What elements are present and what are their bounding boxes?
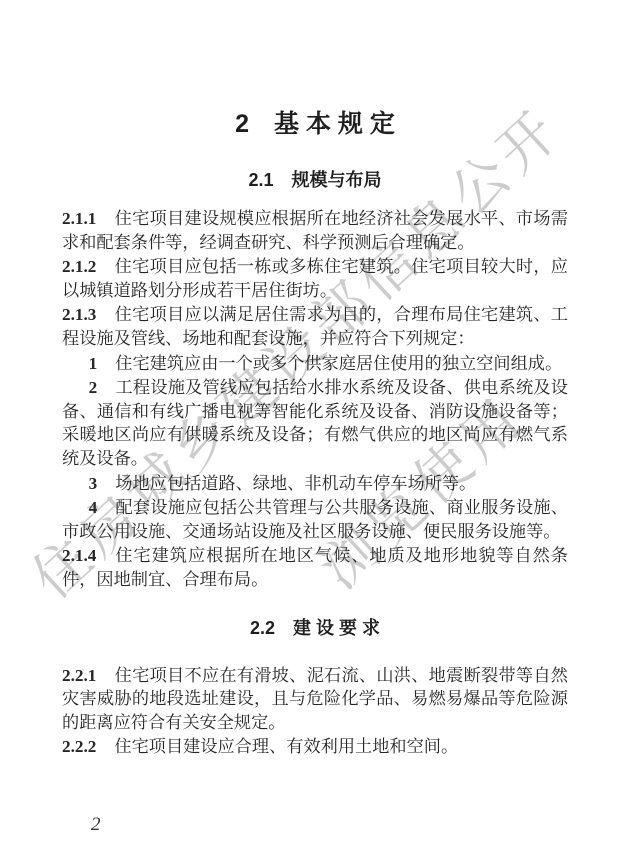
clause-2-1-3-item-1: 1住宅建筑应由一个或多个供家庭居住使用的独立空间组成。 [62, 352, 568, 376]
clause-number: 2.2.1 [62, 666, 96, 685]
clause-number: 2.2.2 [62, 737, 96, 756]
clause-number: 2.1.1 [62, 209, 96, 228]
clause-2-1-3: 2.1.3住宅项目应以满足居住需求为目的，合理布局住宅建筑、工程设施及管线、场地… [62, 303, 568, 350]
clause-number: 2.1.3 [62, 305, 96, 324]
clause-number: 2.1.4 [62, 546, 96, 565]
section-heading-2-1: 2.1 规模与布局 [62, 168, 568, 192]
chapter-title: 2 基 本 规 定 [62, 108, 568, 140]
clause-text: 住宅项目不应在有滑坡、泥石流、山洪、地震断裂带等自然灾害威胁的地段选址建设，且与… [62, 666, 568, 732]
item-number: 1 [89, 354, 98, 373]
section-body-2-1: 2.1.1住宅项目建设规模应根据所在地经济社会发展水平、市场需求和配套条件等，经… [62, 207, 568, 592]
item-number: 4 [89, 498, 98, 517]
clause-2-1-1: 2.1.1住宅项目建设规模应根据所在地经济社会发展水平、市场需求和配套条件等，经… [62, 207, 568, 254]
clause-text: 住宅项目建设规模应根据所在地经济社会发展水平、市场需求和配套条件等，经调查研究、… [62, 209, 568, 252]
clause-text: 住宅项目应包括一栋或多栋住宅建筑。住宅项目较大时，应以城镇道路划分形成若干居住街… [62, 257, 568, 300]
clause-text: 住宅项目应以满足居住需求为目的，合理布局住宅建筑、工程设施及管线、场地和配套设施… [62, 305, 568, 348]
page-number: 2 [91, 814, 101, 836]
item-number: 3 [89, 474, 98, 493]
item-text: 住宅建筑应由一个或多个供家庭居住使用的独立空间组成。 [115, 354, 562, 373]
document-page: 住房城乡建设部信息公开 浏览使用 2 基 本 规 定 2.1 规模与布局 2.1… [0, 0, 639, 856]
item-number: 2 [89, 378, 98, 397]
section-heading-2-2: 2.2 建 设 要 求 [62, 616, 568, 640]
clause-2-1-3-item-3: 3场地应包括道路、绿地、非机动车停车场所等。 [62, 472, 568, 496]
clause-2-1-3-item-2: 2工程设施及管线应包括给水排水系统及设备、供电系统及设备、通信和有线广播电视等智… [62, 376, 568, 470]
section-body-2-2: 2.2.1住宅项目不应在有滑坡、泥石流、山洪、地震断裂带等自然灾害威胁的地段选址… [62, 664, 568, 759]
clause-2-1-3-item-4: 4配套设施应包括公共管理与公共服务设施、商业服务设施、市政公用设施、交通场站设施… [62, 496, 568, 543]
item-text: 工程设施及管线应包括给水排水系统及设备、供电系统及设备、通信和有线广播电视等智能… [62, 378, 568, 468]
clause-2-2-1: 2.2.1住宅项目不应在有滑坡、泥石流、山洪、地震断裂带等自然灾害威胁的地段选址… [62, 664, 568, 735]
item-text: 场地应包括道路、绿地、非机动车停车场所等。 [115, 474, 476, 493]
clause-2-1-2: 2.1.2住宅项目应包括一栋或多栋住宅建筑。住宅项目较大时，应以城镇道路划分形成… [62, 255, 568, 302]
clause-number: 2.1.2 [62, 257, 96, 276]
clause-text: 住宅建筑应根据所在地区气候、地质及地形地貌等自然条件，因地制宜、合理布局。 [62, 546, 568, 589]
clause-2-2-2: 2.2.2住宅项目建设应合理、有效利用土地和空间。 [62, 735, 568, 759]
clause-text: 住宅项目建设应合理、有效利用土地和空间。 [114, 737, 458, 756]
page-content: 2 基 本 规 定 2.1 规模与布局 2.1.1住宅项目建设规模应根据所在地经… [62, 0, 568, 760]
item-text: 配套设施应包括公共管理与公共服务设施、商业服务设施、市政公用设施、交通场站设施及… [62, 498, 568, 541]
clause-2-1-4: 2.1.4住宅建筑应根据所在地区气候、地质及地形地貌等自然条件，因地制宜、合理布… [62, 544, 568, 591]
